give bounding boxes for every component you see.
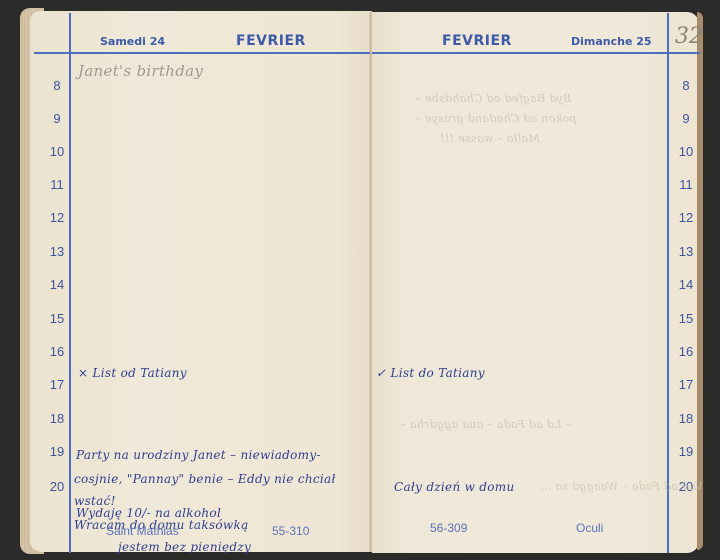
left-hour-12: 12 bbox=[45, 210, 69, 225]
left-hour-8: 8 bbox=[45, 78, 69, 93]
left-hour-15: 15 bbox=[45, 311, 69, 326]
right-hour-column-rule bbox=[667, 13, 669, 553]
left-hour-19: 19 bbox=[45, 444, 69, 459]
left-hour-11: 11 bbox=[45, 177, 69, 192]
right-hour-17: 17 bbox=[674, 377, 698, 392]
left-hour-10: 10 bbox=[45, 144, 69, 159]
left-month-label: FEVRIER bbox=[236, 33, 306, 49]
left-day-code: 55-310 bbox=[272, 524, 309, 538]
left-header-rule bbox=[34, 52, 370, 54]
right-hour-14: 14 bbox=[674, 277, 698, 292]
left-hour-column-rule bbox=[69, 13, 71, 553]
left-hour-20: 20 bbox=[45, 479, 69, 494]
right-hour-8: 8 bbox=[674, 78, 698, 93]
bleed-through-line-18: – Ld ad Fada – aua aggdrha – bbox=[400, 418, 571, 431]
right-day-code: 56-309 bbox=[430, 521, 467, 535]
entry-19-line-1: Party na urodziny Janet – niewiadomy- bbox=[76, 448, 321, 462]
right-hour-13: 13 bbox=[674, 244, 698, 259]
entry-19-line-2: cosjnie, "Pannay" benie – Eddy nie chcia… bbox=[74, 472, 336, 486]
left-hour-17: 17 bbox=[45, 377, 69, 392]
liturgical-sunday: Oculi bbox=[576, 521, 603, 535]
entry-16-letter-from: × List od Tatiany bbox=[78, 366, 187, 380]
page-number: 32 bbox=[675, 24, 703, 49]
left-hour-14: 14 bbox=[45, 277, 69, 292]
bleed-through-line-20: Vad ad Fada – Waaggd sa ... bbox=[540, 480, 703, 493]
left-hour-13: 13 bbox=[45, 244, 69, 259]
left-hour-16: 16 bbox=[45, 344, 69, 359]
right-hour-11: 11 bbox=[674, 177, 698, 192]
bleed-through-line-3: Mallo – wasse !!! bbox=[440, 132, 540, 145]
pencil-note-birthday: Janet's birthday bbox=[78, 62, 203, 80]
right-day-label: Dimanche 25 bbox=[571, 35, 652, 48]
entry-16-letter-to: ✓ List do Tatiany bbox=[376, 366, 485, 380]
left-day-label: Samedi 24 bbox=[100, 35, 165, 48]
saint-of-day: Saint Mathias bbox=[106, 524, 179, 538]
left-page bbox=[30, 11, 372, 552]
left-hour-9: 9 bbox=[45, 111, 69, 126]
right-hour-9: 9 bbox=[674, 111, 698, 126]
right-month-label: FEVRIER bbox=[442, 33, 512, 49]
open-diary: Samedi 24 FEVRIER FEVRIER Dimanche 25 32… bbox=[0, 0, 720, 560]
right-hour-16: 16 bbox=[674, 344, 698, 359]
left-hour-18: 18 bbox=[45, 411, 69, 426]
bleed-through-line-1: Byd Bagfed ad Chahdsbe – bbox=[415, 92, 571, 105]
right-hour-12: 12 bbox=[674, 210, 698, 225]
entry-20-line-4: jestem bez pieniędzy bbox=[118, 540, 251, 554]
right-hour-19: 19 bbox=[674, 444, 698, 459]
bleed-through-line-2: pokon ad Chadand grasye – bbox=[415, 112, 577, 125]
right-hour-15: 15 bbox=[674, 311, 698, 326]
right-hour-10: 10 bbox=[674, 144, 698, 159]
right-header-rule bbox=[372, 52, 700, 54]
entry-20-home-all-day: Cały dzień w domu bbox=[394, 480, 515, 494]
right-hour-18: 18 bbox=[674, 411, 698, 426]
